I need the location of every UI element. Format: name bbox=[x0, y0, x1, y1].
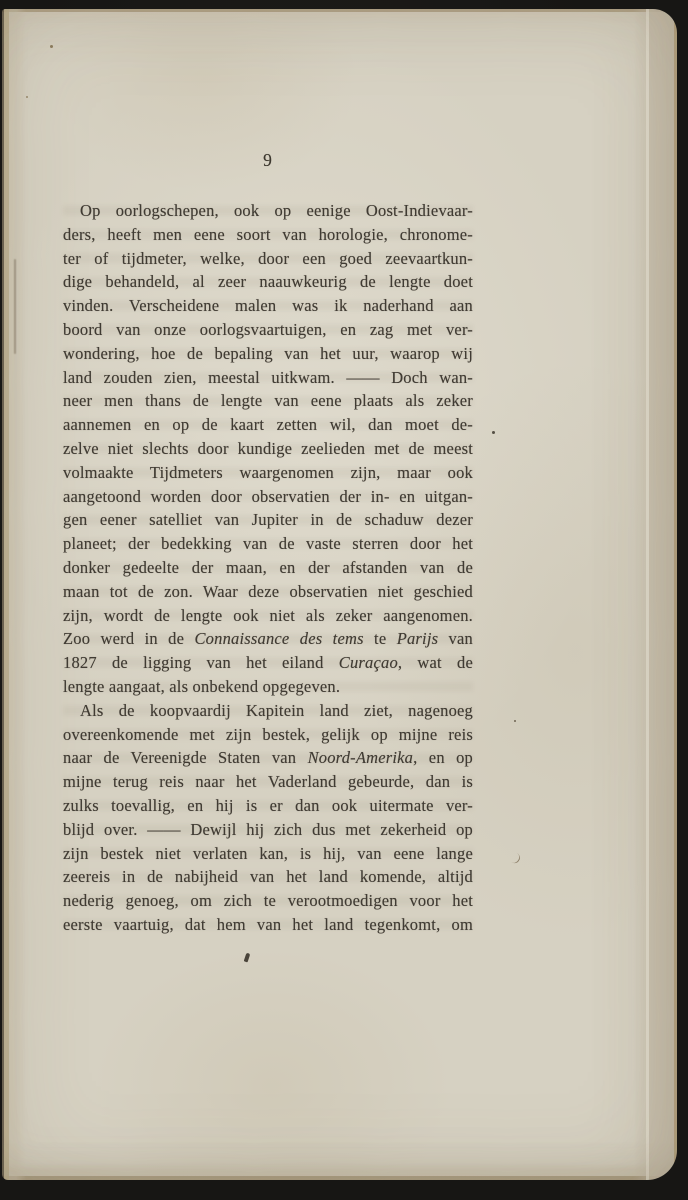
text-segment: Zoo werd in de bbox=[63, 629, 194, 648]
text-segment: zeereis in de nabijheid van het land kom… bbox=[63, 867, 473, 886]
text-line: neer men thans de lengte van eene plaats… bbox=[63, 389, 473, 413]
page-number: 9 bbox=[63, 150, 473, 171]
text-line: Als de koopvaardij Kapitein land ziet, n… bbox=[63, 699, 473, 723]
paper-speck bbox=[514, 720, 516, 722]
text-line: wondering, hoe de bepaling van het uur, … bbox=[63, 342, 473, 366]
italic-text-segment: Connaissance des tems bbox=[194, 629, 363, 648]
book-page: 9 Op oorlogschepen, ook op eenige Oost-I… bbox=[2, 9, 677, 1180]
text-line: volmaakte Tijdmeters waargenomen zijn, m… bbox=[63, 461, 473, 485]
text-line: planeet; der bedekking van de vaste ster… bbox=[63, 532, 473, 556]
paper-speck bbox=[50, 45, 53, 48]
text-segment: lengte aangaat, als onbekend opgegeven. bbox=[63, 677, 340, 696]
text-line: vinden. Verscheidene malen was ik naderh… bbox=[63, 294, 473, 318]
text-segment: zijn bestek niet verlaten kan, is hij, v… bbox=[63, 844, 473, 863]
text-segment: dige behandeld, al zeer naauwkeurig de l… bbox=[63, 272, 473, 291]
text-line: lengte aangaat, als onbekend opgegeven. bbox=[63, 675, 473, 699]
paper-speck bbox=[492, 431, 495, 434]
text-segment: volmaakte Tijdmeters waargenomen zijn, m… bbox=[63, 463, 473, 482]
text-segment: mijne terug reis naar het Vaderland gebe… bbox=[63, 772, 473, 791]
text-segment: wondering, hoe de bepaling van het uur, … bbox=[63, 344, 473, 363]
text-line: ter of tijdmeter, welke, door een goed z… bbox=[63, 247, 473, 271]
text-line: maan tot de zon. Waar deze observatien n… bbox=[63, 580, 473, 604]
text-segment: maan tot de zon. Waar deze observatien n… bbox=[63, 582, 473, 601]
text-segment: nederig genoeg, om zich te verootmoedige… bbox=[63, 891, 473, 910]
text-line: Op oorlogschepen, ook op eenige Oost-Ind… bbox=[63, 199, 473, 223]
text-block: Op oorlogschepen, ook op eenige Oost-Ind… bbox=[63, 199, 473, 937]
text-segment: , wat de bbox=[398, 653, 473, 672]
text-segment: naar de Vereenigde Staten van bbox=[63, 748, 308, 767]
text-line: ders, heeft men eene soort van horologie… bbox=[63, 223, 473, 247]
text-segment: van bbox=[438, 629, 473, 648]
text-line: land zouden zien, meestal uitkwam. —— Do… bbox=[63, 366, 473, 390]
italic-text-segment: Curaçao bbox=[339, 653, 398, 672]
text-line: gen eener satelliet van Jupiter in de sc… bbox=[63, 508, 473, 532]
text-line: blijd over. —— Dewijl hij zich dus met z… bbox=[63, 818, 473, 842]
text-line: boord van onze oorlogsvaartuigen, en zag… bbox=[63, 318, 473, 342]
italic-text-segment: Noord-Amerika bbox=[308, 748, 414, 767]
scanned-book-image: { "language": "nl", "colors": { "backgro… bbox=[0, 0, 688, 1200]
ink-smudge bbox=[244, 953, 250, 963]
text-line: dige behandeld, al zeer naauwkeurig de l… bbox=[63, 270, 473, 294]
text-line: eerste vaartuig, dat hem van het land te… bbox=[63, 913, 473, 937]
text-line: aangetoond worden door observatien der i… bbox=[63, 485, 473, 509]
text-segment: ders, heeft men eene soort van horologie… bbox=[63, 225, 473, 244]
paper-speck bbox=[26, 96, 28, 98]
text-line: nederig genoeg, om zich te verootmoedige… bbox=[63, 889, 473, 913]
text-segment: Als de koopvaardij Kapitein land ziet, n… bbox=[80, 701, 473, 720]
text-segment: zelve niet slechts door kundige zeeliede… bbox=[63, 439, 473, 458]
text-segment: zijn, wordt de lengte ook niet als zeker… bbox=[63, 606, 473, 625]
text-segment: aannemen en op de kaart zetten wil, dan … bbox=[63, 415, 473, 434]
text-segment: planeet; der bedekking van de vaste ster… bbox=[63, 534, 473, 553]
text-segment: ter of tijdmeter, welke, door een goed z… bbox=[63, 249, 473, 268]
text-line: zelve niet slechts door kundige zeeliede… bbox=[63, 437, 473, 461]
text-line: donker gedeelte der maan, en der afstand… bbox=[63, 556, 473, 580]
text-line: zijn bestek niet verlaten kan, is hij, v… bbox=[63, 842, 473, 866]
text-line: mijne terug reis naar het Vaderland gebe… bbox=[63, 770, 473, 794]
text-segment: Op oorlogschepen, ook op eenige Oost-Ind… bbox=[80, 201, 473, 220]
text-line: 1827 de ligging van het eiland Curaçao, … bbox=[63, 651, 473, 675]
text-line: zulks toevallig, en hij is er dan ook ui… bbox=[63, 794, 473, 818]
text-segment: land zouden zien, meestal uitkwam. —— Do… bbox=[63, 368, 473, 387]
page-edge-shadow bbox=[14, 259, 16, 354]
text-segment: 1827 de ligging van het eiland bbox=[63, 653, 339, 672]
text-segment: gen eener satelliet van Jupiter in de sc… bbox=[63, 510, 473, 529]
text-segment: zulks toevallig, en hij is er dan ook ui… bbox=[63, 796, 473, 815]
text-segment: te bbox=[364, 629, 397, 648]
hair-artifact bbox=[506, 850, 522, 866]
text-line: Zoo werd in de Connaissance des tems te … bbox=[63, 627, 473, 651]
text-line: zijn, wordt de lengte ook niet als zeker… bbox=[63, 604, 473, 628]
text-segment: aangetoond worden door observatien der i… bbox=[63, 487, 473, 506]
text-line: overeenkomende met zijn bestek, gelijk o… bbox=[63, 723, 473, 747]
text-line: naar de Vereenigde Staten van Noord-Amer… bbox=[63, 746, 473, 770]
text-segment: , en op bbox=[413, 748, 473, 767]
text-segment: donker gedeelte der maan, en der afstand… bbox=[63, 558, 473, 577]
italic-text-segment: Parijs bbox=[397, 629, 439, 648]
text-segment: vinden. Verscheidene malen was ik naderh… bbox=[63, 296, 473, 315]
text-segment: eerste vaartuig, dat hem van het land te… bbox=[63, 915, 473, 934]
text-segment: neer men thans de lengte van eene plaats… bbox=[63, 391, 473, 410]
text-segment: overeenkomende met zijn bestek, gelijk o… bbox=[63, 725, 473, 744]
text-line: zeereis in de nabijheid van het land kom… bbox=[63, 865, 473, 889]
text-line: aannemen en op de kaart zetten wil, dan … bbox=[63, 413, 473, 437]
text-segment: boord van onze oorlogsvaartuigen, en zag… bbox=[63, 320, 473, 339]
text-segment: blijd over. —— Dewijl hij zich dus met z… bbox=[63, 820, 473, 839]
